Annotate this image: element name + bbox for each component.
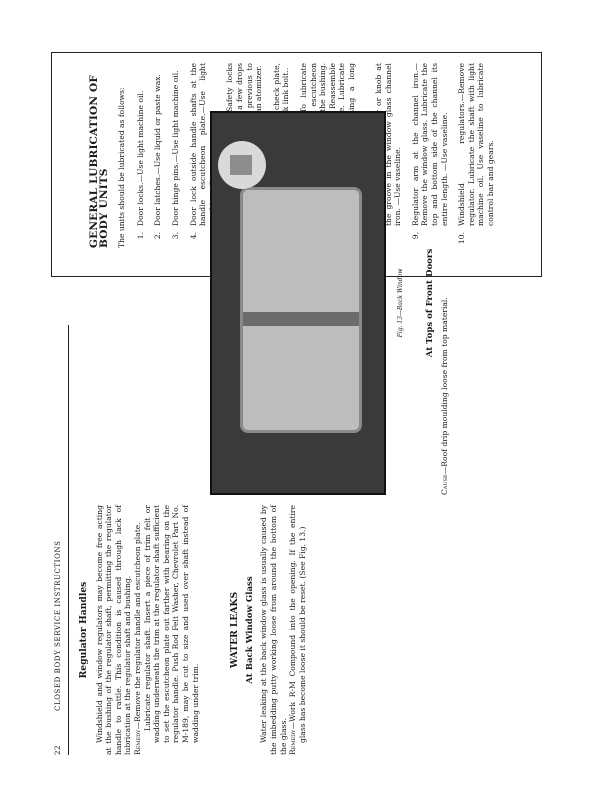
regulator-remedy: Remedy—Remove the regulator handle and e… — [133, 505, 143, 755]
box-intro: The units should be lubricated as follow… — [117, 63, 127, 248]
item-text: Door latches.—Use liquid or paste wax. — [153, 63, 163, 226]
remedy-label: Remedy — [133, 730, 142, 755]
water-leaks-paragraph: Water leaking at the back window glass i… — [259, 505, 288, 755]
cause-label: Cause — [440, 474, 449, 495]
item-number: 2. — [153, 226, 163, 248]
item-text: Door locks.—Use light machine oil. — [136, 63, 146, 226]
text-column: Regulator Handles Windshield and window … — [79, 505, 307, 755]
remedy-label: Remedy — [288, 730, 297, 755]
list-item: 2.Door latches.—Use liquid or paste wax. — [153, 63, 163, 248]
running-header: 22 CLOSED BODY SERVICE INSTRUCTIONS — [50, 325, 69, 755]
page-22: 22 CLOSED BODY SERVICE INSTRUCTIONS Regu… — [50, 325, 562, 755]
figure-image — [210, 111, 386, 495]
back-window-photo — [210, 111, 386, 495]
back-window-subheading: At Back Window Glass — [246, 505, 256, 755]
remedy-text: —Work R-M Compound into the opening. If … — [288, 505, 307, 743]
item-number: 10. — [457, 226, 495, 248]
item-text: Windshield regulators.—Remove regulator.… — [457, 63, 495, 226]
front-doors-cause: Cause—Roof drip moulding loose from top … — [440, 111, 450, 495]
box-title: GENERAL LUBRICATION OF BODY UNITS — [90, 63, 109, 248]
item-number: 1. — [136, 226, 146, 248]
list-item: 10.Windshield regulators.—Remove regulat… — [457, 63, 495, 248]
list-item: 3.Door hinge pins.—Use light machine oil… — [171, 63, 181, 248]
water-leaks-remedy: Remedy—Work R-M Compound into the openin… — [288, 505, 307, 755]
water-leaks-heading: WATER LEAKS — [230, 505, 240, 755]
item-text: Door hinge pins.—Use light machine oil. — [171, 63, 181, 226]
regulator-paragraph: Windshield and window regulators may bec… — [95, 505, 133, 755]
front-doors-heading: At Tops of Front Doors — [426, 111, 436, 495]
page-number: 22 — [54, 725, 64, 755]
cause-text: —Roof drip moulding loose from top mater… — [440, 297, 449, 474]
window-glass — [240, 187, 362, 433]
list-item: 1.Door locks.—Use light machine oil. — [136, 63, 146, 248]
figure-caption: Fig. 13—Back Window — [396, 111, 406, 495]
regulator-handles-heading: Regulator Handles — [79, 505, 89, 755]
remedy-text: —Remove the regulator handle and escutch… — [133, 522, 142, 729]
detail-inset — [218, 141, 266, 189]
item-number: 3. — [171, 226, 181, 248]
running-head-title: CLOSED BODY SERVICE INSTRUCTIONS — [54, 325, 64, 725]
front-doors-section: At Tops of Front Doors Cause—Roof drip m… — [420, 111, 449, 495]
regulator-remedy-continued: Lubricate regulator shaft. Insert a piec… — [143, 505, 201, 755]
